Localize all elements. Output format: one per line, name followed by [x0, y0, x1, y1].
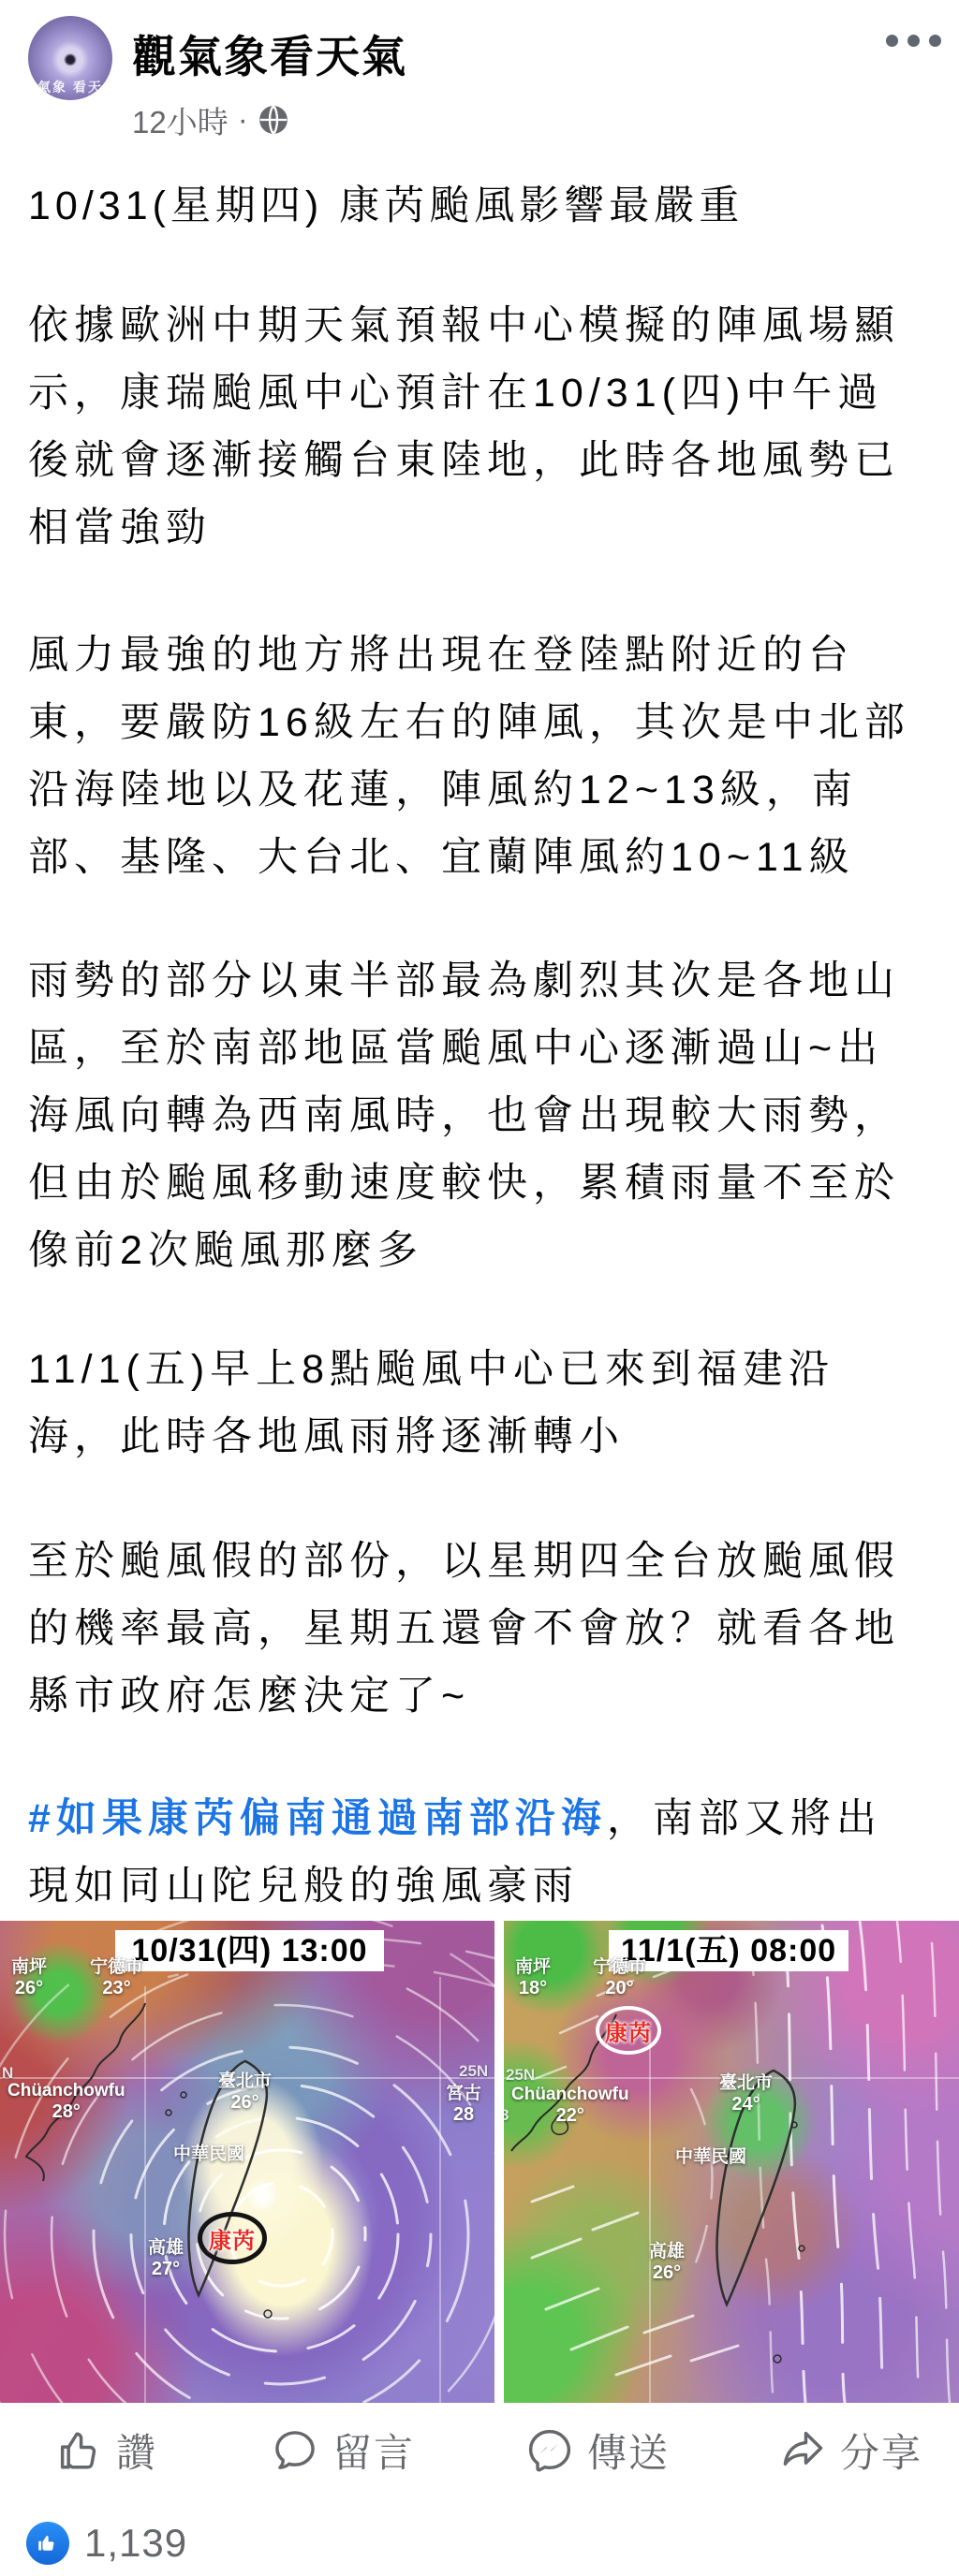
- map-grid-label: 8: [504, 2106, 509, 2125]
- comment-icon: [271, 2426, 319, 2475]
- comment-button[interactable]: 留言: [271, 2420, 415, 2481]
- more-options-button[interactable]: [886, 28, 942, 52]
- map-city-label: Chüanchowfu22°: [511, 2084, 629, 2127]
- like-reaction-icon: [26, 2522, 69, 2565]
- hashtag-link[interactable]: #如果康芮偏南通過南部沿海: [28, 1796, 607, 1841]
- send-button[interactable]: 傳送: [525, 2420, 670, 2481]
- map-country-label: 中華民國: [675, 2146, 746, 2168]
- like-button[interactable]: 讚: [54, 2420, 157, 2481]
- map-city-label: 宁德市20°: [593, 1956, 646, 1999]
- map-grid-label: 25N: [506, 2066, 535, 2085]
- share-icon: [778, 2426, 827, 2475]
- globe-icon: [258, 104, 289, 136]
- forecast-map-right[interactable]: 11/1(五) 08:00 南坪18° 宁德市20° Chüanchowfu22…: [504, 1921, 959, 2403]
- send-label: 傳送: [587, 2422, 670, 2479]
- map-city-label: 高雄27°: [148, 2237, 184, 2280]
- map-left-timestamp: 10/31(四) 13:00: [115, 1930, 384, 1971]
- forecast-map-left[interactable]: 10/31(四) 13:00 南坪26° 宁德市23° Chüanchowfu2…: [0, 1921, 494, 2403]
- like-label: 讚: [116, 2422, 157, 2479]
- post-paragraph: 雨勢的部分以東半部最為劇烈其次是各地山區，至於南部地區當颱風中心逐漸過山~出海風…: [28, 947, 922, 1284]
- map-city-label: Chüanchowfu28°: [7, 2080, 125, 2123]
- map-grid-label: 25N: [459, 2062, 488, 2081]
- map-city-label: 臺北市24°: [719, 2072, 773, 2115]
- post-attachment-images: 10/31(四) 13:00 南坪26° 宁德市23° Chüanchowfu2…: [0, 1921, 959, 2403]
- post-title: 10/31(星期四) 康芮颱風影響最嚴重: [28, 178, 922, 234]
- facebook-post: 氣象 看天 觀氣象看天氣 12小時 · 10/31(星期四) 康芮颱風影響最嚴重…: [0, 0, 959, 2576]
- thumbs-up-icon: [54, 2426, 103, 2475]
- reaction-count: 1,139: [84, 2521, 187, 2566]
- more-dot: [886, 35, 898, 47]
- map-city-label: 南坪26°: [11, 1956, 47, 1999]
- post-meta: 12小時 ·: [132, 101, 289, 139]
- meta-dot: ·: [238, 102, 248, 138]
- typhoon-marker: 康芮: [596, 2006, 661, 2055]
- post-text: 10/31(星期四) 康芮颱風影響最嚴重 依據歐洲中期天氣預報中心模擬的陣風場顯…: [28, 178, 922, 1920]
- post-paragraph: 風力最強的地方將出現在登陸點附近的台東，要嚴防16級左右的陣風，其次是中北部沿海…: [28, 622, 922, 891]
- map-city-label: 宮古28: [446, 2083, 481, 2126]
- post-timestamp: 12小時: [132, 98, 229, 142]
- comment-label: 留言: [332, 2422, 415, 2479]
- page-avatar[interactable]: 氣象 看天: [28, 16, 112, 100]
- wind-streamlines: [0, 1921, 494, 2403]
- messenger-icon: [525, 2426, 574, 2475]
- map-city-label: 臺北市26°: [218, 2071, 272, 2114]
- map-country-label: 中華民國: [173, 2144, 244, 2165]
- map-grid-label: N: [2, 2064, 13, 2083]
- post-paragraph-hashtag: #如果康芮偏南通過南部沿海，南部又將出現如同山陀兒般的強風豪雨: [28, 1785, 922, 1920]
- avatar-caption: 氣象 看天: [28, 78, 112, 96]
- more-dot: [907, 35, 920, 47]
- post-paragraph: 11/1(五)早上8點颱風中心已來到福建沿海，此時各地風雨將逐漸轉小: [28, 1336, 922, 1471]
- map-city-label: 高雄26°: [649, 2241, 685, 2284]
- share-button[interactable]: 分享: [778, 2420, 922, 2481]
- page-name[interactable]: 觀氣象看天氣: [132, 22, 407, 85]
- more-dot: [929, 35, 941, 47]
- map-city-label: 宁德市23°: [90, 1956, 143, 1999]
- reactions-row[interactable]: 1,139: [26, 2520, 187, 2567]
- typhoon-marker: 康芮: [198, 2212, 267, 2264]
- post-paragraph: 依據歐洲中期天氣預報中心模擬的陣風場顯示，康瑞颱風中心預計在10/31(四)中午…: [28, 292, 922, 562]
- action-bar: 讚 留言 傳送 分享: [0, 2420, 959, 2481]
- share-label: 分享: [840, 2422, 922, 2479]
- post-paragraph: 至於颱風假的部份，以星期四全台放颱風假的機率最高，星期五還會不會放？就看各地縣市…: [28, 1528, 922, 1730]
- map-city-label: 南坪18°: [515, 1956, 551, 1999]
